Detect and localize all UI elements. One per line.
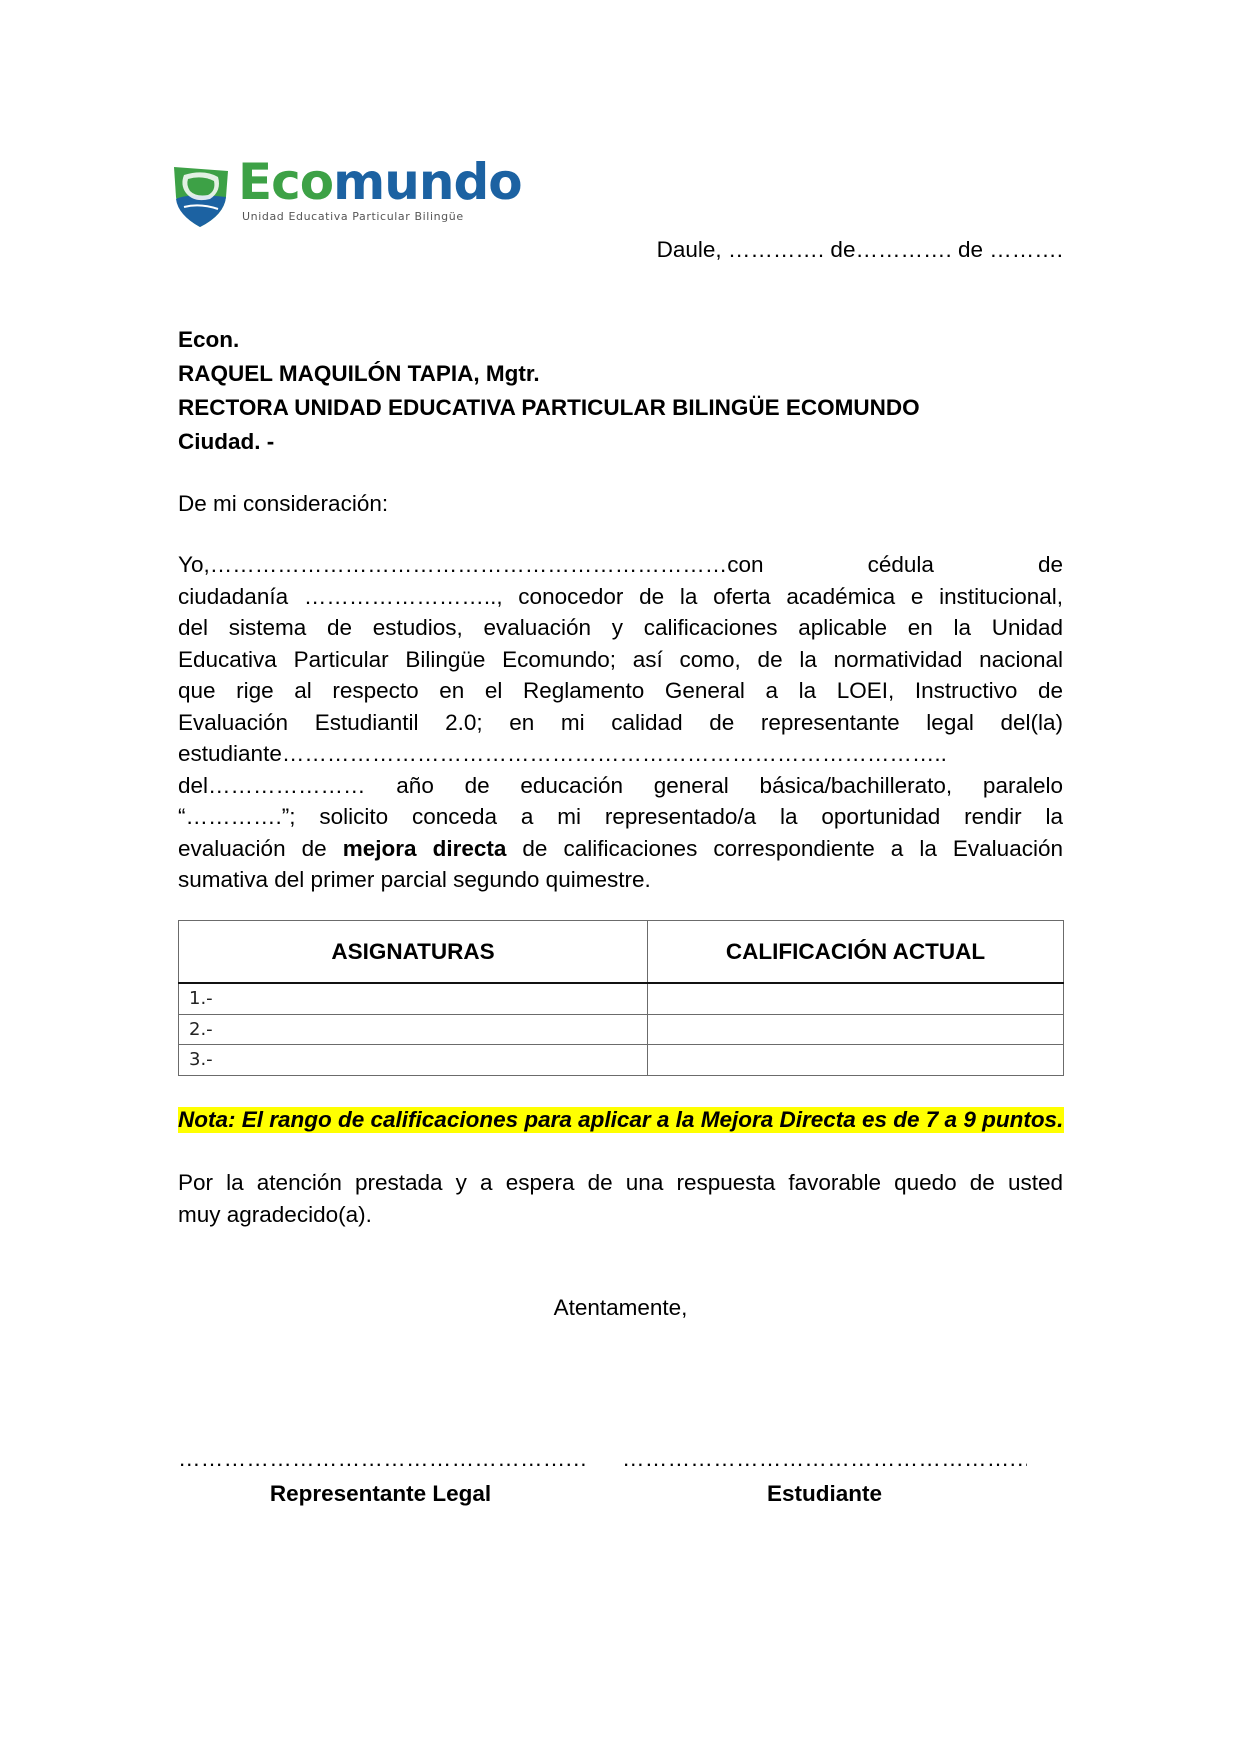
paragraph-line: sumativa del primer parcial segundo quim… (178, 864, 1063, 896)
table-row: 1.- (179, 983, 1064, 1014)
signature-line-student: …………………………………………….……………………………………………. (622, 1448, 1027, 1470)
table-header-row: ASIGNATURAS CALIFICACIÓN ACTUAL (179, 921, 1064, 984)
note-text: Nota: El rango de calificaciones para ap… (178, 1107, 1064, 1133)
signature-line-representative: …………………………………………….……………………………………………. (178, 1448, 585, 1470)
paragraph-line: que rige al respecto en el Reglamento Ge… (178, 675, 1063, 707)
addressee-position: RECTORA UNIDAD EDUCATIVA PARTICULAR BILI… (178, 391, 920, 425)
grade-cell[interactable] (648, 983, 1064, 1014)
highlighted-note: Nota: El rango de calificaciones para ap… (178, 1104, 1064, 1136)
plain-text: evaluación de (178, 836, 327, 861)
signature-label-student: Estudiante (622, 1478, 1027, 1510)
addressee-city: Ciudad. - (178, 425, 920, 459)
addressee-block: Econ. RAQUEL MAQUILÓN TAPIA, Mgtr. RECTO… (178, 323, 920, 459)
date-line: Daule, …………. de…………. de ………. (657, 234, 1063, 266)
paragraph-line: del sistema de estudios, evaluación y ca… (178, 612, 1063, 644)
brand-name: Ecomundo (238, 154, 522, 210)
closing-line: Por la atención prestada y a espera de u… (178, 1167, 1063, 1199)
paragraph-line: del………………… año de educación general bási… (178, 770, 1063, 802)
paragraph-line: ciudadanía …………………….., conocedor de la o… (178, 581, 1063, 613)
regards-text: Atentamente, (554, 1295, 688, 1320)
subjects-grades-table: ASIGNATURAS CALIFICACIÓN ACTUAL 1.- 2.- … (178, 920, 1064, 1076)
subject-cell[interactable]: 3.- (179, 1045, 648, 1076)
grade-cell[interactable] (648, 1014, 1064, 1045)
request-paragraph: Yo,……………………………………………………………con cédula de … (178, 549, 1063, 896)
signature-label-representative: Representante Legal (178, 1478, 583, 1510)
closing-paragraph: Por la atención prestada y a espera de u… (178, 1167, 1063, 1230)
paragraph-line-emphasis: evaluación de mejora directa de califica… (178, 833, 1063, 865)
addressee-name: RAQUEL MAQUILÓN TAPIA, Mgtr. (178, 357, 920, 391)
header-calificacion-actual: CALIFICACIÓN ACTUAL (648, 921, 1064, 984)
table-row: 3.- (179, 1045, 1064, 1076)
leaf-shield-icon (170, 163, 232, 229)
addressee-title: Econ. (178, 323, 920, 357)
brand-tagline: Unidad Educativa Particular Bilingüe (242, 210, 464, 223)
paragraph-line: “………….”; solicito conceda a mi represent… (178, 801, 1063, 833)
plain-text: de calificaciones correspondiente a la E… (522, 836, 1063, 861)
paragraph-line: Educativa Particular Bilingüe Ecomundo; … (178, 644, 1063, 676)
subject-cell[interactable]: 2.- (179, 1014, 648, 1045)
header-asignaturas: ASIGNATURAS (179, 921, 648, 984)
emphasis-mejora-directa: mejora directa (343, 836, 507, 861)
closing-line: muy agradecido(a). (178, 1199, 1063, 1231)
regards: Atentamente, (0, 1292, 1241, 1324)
grade-cell[interactable] (648, 1045, 1064, 1076)
ecomundo-logo: Ecomundo Unidad Educativa Particular Bil… (170, 160, 470, 232)
table-row: 2.- (179, 1014, 1064, 1045)
greeting: De mi consideración: (178, 488, 388, 520)
subject-cell[interactable]: 1.- (179, 983, 648, 1014)
paragraph-line: Evaluación Estudiantil 2.0; en mi calida… (178, 707, 1063, 739)
paragraph-line: Yo,……………………………………………………………con cédula de (178, 549, 1063, 581)
paragraph-line: estudiante…………………………………………………………………………….… (178, 738, 1063, 770)
